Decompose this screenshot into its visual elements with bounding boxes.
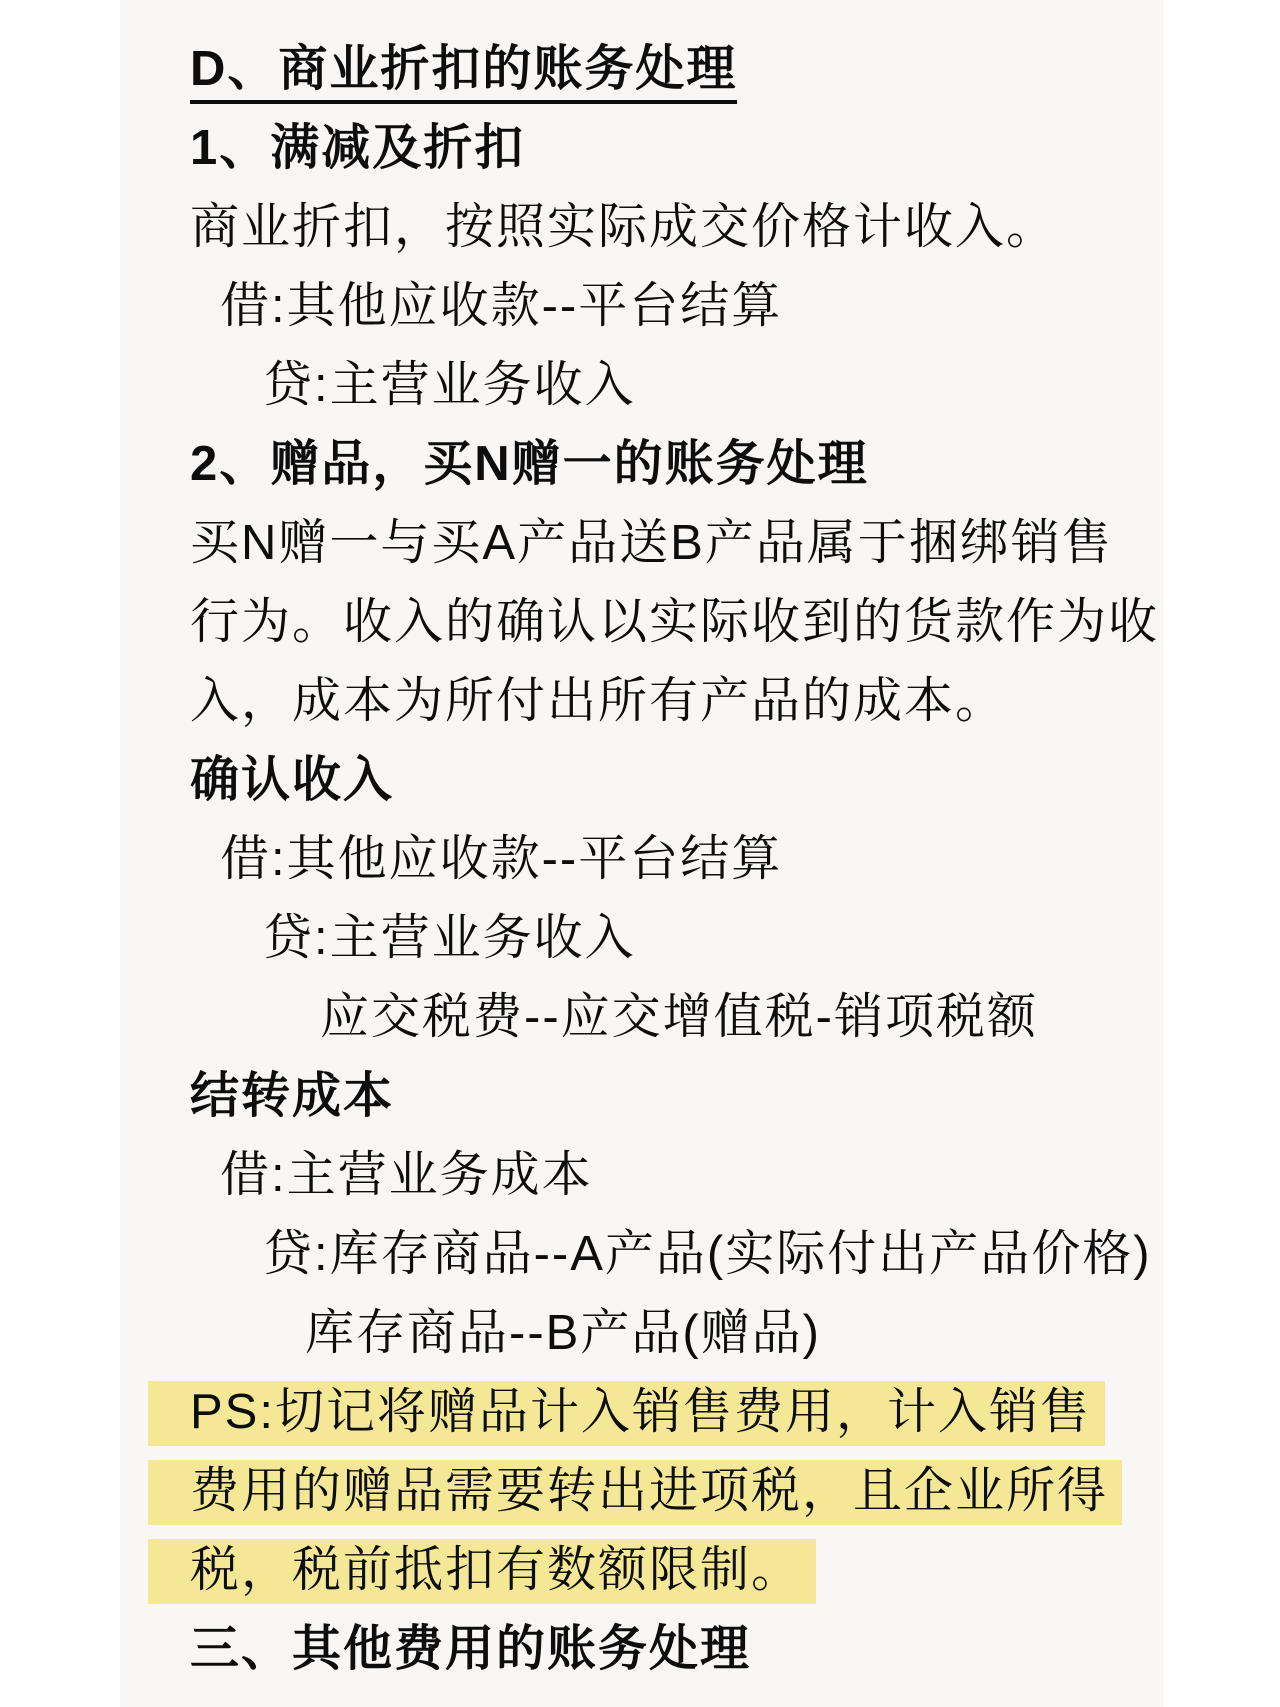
text-line-entry: 贷:主营业务收入 bbox=[190, 899, 1143, 978]
text-line-highlight: 费用的赠品需要转出进项税，且企业所得 bbox=[190, 1452, 1143, 1531]
text-line-heading: 结转成本 bbox=[190, 1057, 1143, 1136]
text-line-heading: 2、赠品，买N赠一的账务处理 bbox=[190, 425, 1143, 504]
text-line-heading: 1、满减及折扣 bbox=[190, 109, 1143, 188]
line-text: 入，成本为所付出所有产品的成本。 bbox=[190, 674, 1006, 728]
text-line-entry: 应交税费--应交增值税-销项税额 bbox=[190, 978, 1143, 1057]
note-document: D、商业折扣的账务处理1、满减及折扣商业折扣，按照实际成交价格计收入。借:其他应… bbox=[120, 0, 1163, 1707]
text-line-entry: 库存商品--B产品(赠品) bbox=[190, 1294, 1143, 1373]
highlighted-text: 费用的赠品需要转出进项税，且企业所得 bbox=[148, 1460, 1122, 1525]
text-line-body: 行为。收入的确认以实际收到的货款作为收 bbox=[190, 583, 1143, 662]
line-text: 确认收入 bbox=[190, 753, 394, 807]
line-text: 借:其他应收款--平台结算 bbox=[220, 279, 782, 333]
text-line-body: 商业折扣，按照实际成交价格计收入。 bbox=[190, 188, 1143, 267]
highlighted-text: PS:切记将赠品计入销售费用，计入销售 bbox=[148, 1381, 1105, 1446]
line-text: 借:主营业务成本 bbox=[220, 1148, 593, 1202]
line-text: 借:其他应收款--平台结算 bbox=[220, 832, 782, 886]
line-text: 结转成本 bbox=[190, 1069, 394, 1123]
document-lines: D、商业折扣的账务处理1、满减及折扣商业折扣，按照实际成交价格计收入。借:其他应… bbox=[190, 30, 1143, 1689]
line-text: 贷:主营业务收入 bbox=[263, 911, 636, 965]
line-text: 贷:主营业务收入 bbox=[263, 358, 636, 412]
line-text: 应交税费--应交增值税-销项税额 bbox=[320, 990, 1038, 1044]
line-text: 1、满减及折扣 bbox=[190, 121, 525, 175]
line-text: 行为。收入的确认以实际收到的货款作为收 bbox=[190, 595, 1159, 649]
text-line-heading: 确认收入 bbox=[190, 741, 1143, 820]
line-text: 买N赠一与买A产品送B产品属于捆绑销售 bbox=[190, 516, 1113, 570]
text-line-entry: 贷:库存商品--A产品(实际付出产品价格) bbox=[190, 1215, 1143, 1294]
line-text: 商业折扣，按照实际成交价格计收入。 bbox=[190, 200, 1057, 254]
line-text: 2、赠品，买N赠一的账务处理 bbox=[190, 437, 869, 491]
text-line-highlight: 税，税前抵扣有数额限制。 bbox=[190, 1531, 1143, 1610]
line-text: D、商业折扣的账务处理 bbox=[190, 42, 737, 104]
text-line-entry: 贷:主营业务收入 bbox=[190, 346, 1143, 425]
text-line-body: 买N赠一与买A产品送B产品属于捆绑销售 bbox=[190, 504, 1143, 583]
text-line-heading: 三、其他费用的账务处理 bbox=[190, 1610, 1143, 1689]
text-line-entry: 借:其他应收款--平台结算 bbox=[190, 820, 1143, 899]
text-line-body: 入，成本为所付出所有产品的成本。 bbox=[190, 662, 1143, 741]
line-text: 三、其他费用的账务处理 bbox=[190, 1622, 751, 1676]
text-line-highlight: PS:切记将赠品计入销售费用，计入销售 bbox=[190, 1373, 1143, 1452]
text-line-entry: 借:其他应收款--平台结算 bbox=[190, 267, 1143, 346]
line-text: 库存商品--B产品(赠品) bbox=[305, 1306, 821, 1360]
line-text: 贷:库存商品--A产品(实际付出产品价格) bbox=[263, 1227, 1152, 1281]
text-line-title: D、商业折扣的账务处理 bbox=[190, 30, 1143, 109]
text-line-entry: 借:主营业务成本 bbox=[190, 1136, 1143, 1215]
highlighted-text: 税，税前抵扣有数额限制。 bbox=[148, 1539, 816, 1604]
